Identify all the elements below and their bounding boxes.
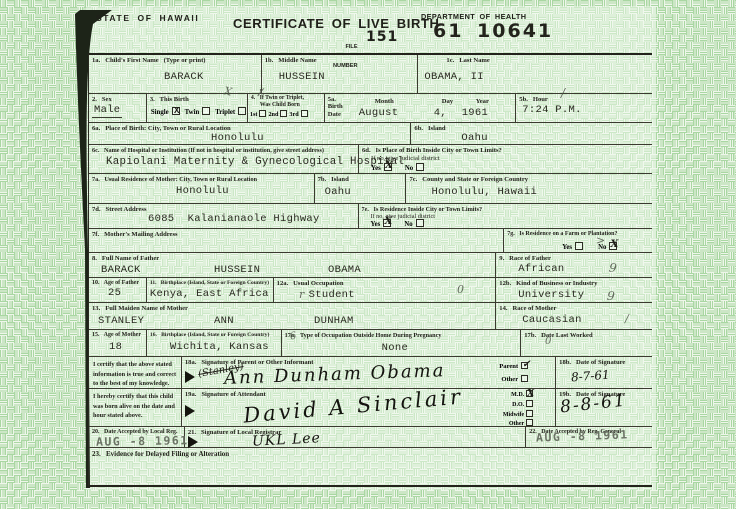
row-mother-name: 13. Full Maiden Name of Mother STANLEY A… [89,303,652,331]
field-7f-mailing-address: 7f. Mother's Mailing Address [89,229,503,253]
row-street-address: 7d. Street Address 6085 Kalanianaole Hig… [89,204,652,229]
birth-certificate-document: STATE OF HAWAII CERTIFICATE OF LIVE BIRT… [0,0,736,509]
field-7b-island: 7b. Island Oahu [314,174,406,203]
field-5a-birth-date: 5a. Birth Date Month Day Year August 4, … [324,94,516,123]
attendant-type-checkboxes: M.D.X D.O. Midwife Other [503,390,533,429]
field-6c-hospital: 6c. Name of Hospital or Institution (If … [89,145,358,173]
mother-first: STANLEY [98,315,144,327]
option-triplet: Triplet [215,107,250,116]
field-value: University [496,290,652,302]
field-label: 17b. Date Last Worked [521,330,652,340]
pen-mark: ✗ [255,88,264,100]
option-yes: Yes [562,242,587,251]
field-7a-residence: 7a. Usual Residence of Mother: City, Tow… [89,174,314,203]
field-label: 16. Birthplace (Island, State or Foreign… [147,330,281,339]
pen-mark: 0 [457,283,464,296]
checkbox-yes: X [384,163,392,171]
field-label: 17a. Type of Occupation Outside Home Dur… [282,330,521,339]
pen-mark: r [299,288,304,301]
field-value: BARACK [89,72,261,84]
option-other: Other [499,373,532,386]
checkbox-other [521,375,528,382]
field-value: Kenya, East Africa [147,289,273,301]
field-label: 7e. Is Residence Inside City or Town Lim… [359,204,652,213]
pen-mark: / [625,312,629,325]
field-5b-hour: 5b. Hour 7:24 P.M. [515,94,652,123]
pen-mark: 9 [608,261,618,276]
field-label: 3. This Birth [147,94,247,104]
field-label: 7a. Usual Residence of Mother: City, Tow… [89,174,314,183]
field-12b-industry: 12b. Kind of Business or Industry Univer… [495,278,652,302]
field-10-father-age: 10. Age of Father 25 [89,278,146,302]
field-value: Kapiolani Maternity & Gynecological Hosp… [89,157,358,169]
field-17b-date-last-worked: 17b. Date Last Worked [520,330,652,356]
field-label: 18b. Date of Signature [556,357,652,367]
field-label: 11. Birthplace (Island, State or Foreign… [147,278,273,287]
field-8-father-name: 8. Full Name of Father BARACK HUSSEIN OB… [89,253,495,277]
field-label: 15. Age of Mother [89,330,146,339]
option-no: No [405,163,428,172]
signature-arrow-icon [188,436,198,448]
option-3rd: 3rd [289,110,309,118]
checkbox-twin [202,107,210,115]
certify-statement-1: I certify that the above stated informat… [89,357,181,388]
field-7c-county-state: 7c. County and State or Foreign Country … [405,174,652,203]
field-value: HUSSEIN [262,72,418,84]
father-middle: HUSSEIN [214,264,260,276]
option-2nd: 2nd [268,110,289,118]
certificate-number: 61 10641 [433,20,553,42]
row-mother-residence: 7a. Usual Residence of Mother: City, Tow… [89,174,652,204]
row-place-of-birth: 6a. Place of Birth: City, Town or Rural … [89,123,652,145]
field-23-delayed-filing: 23. Evidence for Delayed Filing or Alter… [89,448,652,485]
mother-middle: ANN [214,315,234,327]
field-16-mother-birthplace: 16. Birthplace (Island, State or Foreign… [146,330,281,356]
field-label: 9. Race of Father [496,253,652,263]
month-label: Month [372,96,394,106]
row-child-name: 1a. Child's First Name (Type or print) B… [89,55,652,94]
option-single: SingleX [151,107,184,116]
row-hospital: 6c. Name of Hospital or Institution (If … [89,145,652,174]
option-do: D.O. [503,400,533,410]
field-label: 7f. Mother's Mailing Address [89,229,503,239]
day-label: Day [439,96,453,106]
field-label: 1b. Middle Name [262,55,418,65]
informant-date-written: 8-7-61 [571,368,611,385]
field-label: 7d. Street Address [89,204,358,214]
field-7g-farm-plantation: 7g. Is Residence on a Farm or Plantation… [503,229,652,253]
checkbox-other [526,419,533,426]
row-mother-details: 15. Age of Mother 18 16. Birthplace (Isl… [89,330,652,357]
field-11-father-birthplace: 11. Birthplace (Island, State or Foreign… [146,278,273,302]
birth-day-value: 4, [434,107,447,119]
field-6d-city-limits: 6d. Is Place of Birth Inside City or Tow… [358,145,652,173]
field-label-2: Was Child Born [248,102,324,109]
birth-year-value: 1961 [462,107,488,119]
field-label: 6b. Island [411,123,652,133]
informant-type-checkboxes: Parent✓ Other [499,360,532,386]
field-label: 6d. Is Place of Birth Inside City or Tow… [359,145,652,155]
option-twin: Twin [185,107,215,116]
field-label: 1c. Last Name [418,55,652,65]
field-label: 6c. Name of Hospital or Institution (If … [89,145,358,154]
field-value: Male [89,105,146,118]
signature-arrow-icon [185,371,195,383]
field-value: Oahu [411,133,652,145]
field-6a-place-of-birth: 6a. Place of Birth: City, Town or Rural … [89,123,410,144]
option-no: No [404,219,427,228]
checkbox-yes: X [383,219,391,227]
year-label: Year [473,96,489,106]
field-13-mother-name: 13. Full Maiden Name of Mother STANLEY A… [89,303,495,330]
row-father-name: 8. Full Name of Father BARACK HUSSEIN OB… [89,253,652,278]
field-label: 21. Signature of Local Registrar [185,427,525,437]
row-sex-birth-date: 2. Sex Male 3. This Birth SingleX Twin T… [89,94,652,124]
field-label: 13. Full Maiden Name of Mother [89,303,495,313]
field-1a-first-name: 1a. Child's First Name (Type or print) B… [89,55,261,93]
field-label: 5b. Hour [516,94,652,104]
field-label: 7c. County and State or Foreign Country [406,174,652,184]
option-yes: YesX [371,219,396,228]
field-label: 7g. Is Residence on a Farm or Plantation… [504,229,652,238]
row-mailing-address: 7f. Mother's Mailing Address 7g. Is Resi… [89,229,652,254]
option-parent: Parent✓ [499,360,532,373]
row-father-details: 10. Age of Father 25 11. Birthplace (Isl… [89,278,652,303]
field-value: Oahu [315,187,406,199]
field-value: Honolulu, Hawaii [406,187,652,199]
local-registrar-date-stamp: AUG -8 1961 [96,433,189,449]
field-value: Wichita, Kansas [147,342,281,354]
mother-last: DUNHAM [314,315,354,327]
field-value: 6085 Kalanianaole Highway [89,214,358,226]
field-value: None [282,343,521,355]
pen-mark: 9 [606,289,615,304]
field-label: 8. Full Name of Father [89,253,495,263]
field-1c-last-name: 1c. Last Name OBAMA, II [417,55,652,93]
field-3-this-birth: 3. This Birth SingleX Twin Triplet [146,94,247,123]
field-label: 1a. Child's First Name (Type or print) [89,55,261,65]
field-value: Honolulu [89,186,314,198]
checkbox-yes [575,242,583,250]
checkbox-1st [259,110,266,117]
field-label: 12b. Kind of Business or Industry [496,278,652,288]
field-1b-middle-name: 1b. Middle Name HUSSEIN [261,55,418,93]
father-last: OBAMA [328,264,361,276]
field-value: 7:24 P.M. [516,105,652,117]
field-value: African [496,264,652,276]
field-label: 2. Sex [89,94,146,104]
signature-arrow-icon [185,405,195,417]
field-6b-island: 6b. Island Oahu [410,123,652,144]
checkbox-2nd [280,110,287,117]
pen-mark: 0 [545,336,551,347]
field-2-sex: 2. Sex Male [89,94,146,123]
field-value: 18 [89,342,146,354]
checkbox-md: X [526,390,533,397]
option-1st: 1st [250,110,269,118]
file-number-value: 151 [366,29,398,45]
certify-statement-2: I hereby certify that this child was bor… [89,389,181,426]
pen-mark: > [596,234,605,247]
field-17a-occupation-pregnancy: 17a. Type of Occupation Outside Home Dur… [281,330,521,356]
checkbox-no: X [609,242,617,250]
birth-month-value: August [359,107,399,119]
field-7d-street-address: 7d. Street Address 6085 Kalanianaole Hig… [89,204,358,228]
field-value: Honolulu [89,133,410,145]
checkbox-3rd [301,110,308,117]
field-15-mother-age: 15. Age of Mother 18 [89,330,146,356]
row-delayed-filing: 23. Evidence for Delayed Filing or Alter… [89,448,652,485]
checkbox-midwife [526,410,533,417]
field-value: OBAMA, II [418,72,652,84]
checkbox-no [416,219,424,227]
checkbox-do [526,400,533,407]
checkbox-no [416,163,424,171]
option-yes: YesX [371,163,396,172]
field-label: 23. Evidence for Delayed Filing or Alter… [89,448,652,458]
checkbox-triplet [238,107,246,115]
form-table: 1a. Child's First Name (Type or print) B… [88,53,652,487]
field-21-registrar-signature: 21. Signature of Local Registrar [184,427,525,448]
field-value: 25 [89,288,146,300]
checkbox-single: X [172,107,180,115]
pen-mark: / [561,86,565,100]
option-midwife: Midwife [503,410,533,420]
field-9-father-race: 9. Race of Father African [495,253,652,277]
option-md: M.D.X [503,390,533,400]
field-label: 7b. Island [315,174,406,184]
certificate-title: CERTIFICATE OF LIVE BIRTH [233,16,439,31]
checkbox-parent: ✓ [521,362,528,369]
field-7e-city-limits: 7e. Is Residence Inside City or Town Lim… [358,204,652,228]
field-label: 10. Age of Father [89,278,146,287]
state-title: STATE OF HAWAII [96,13,199,23]
father-first: BARACK [101,264,141,276]
